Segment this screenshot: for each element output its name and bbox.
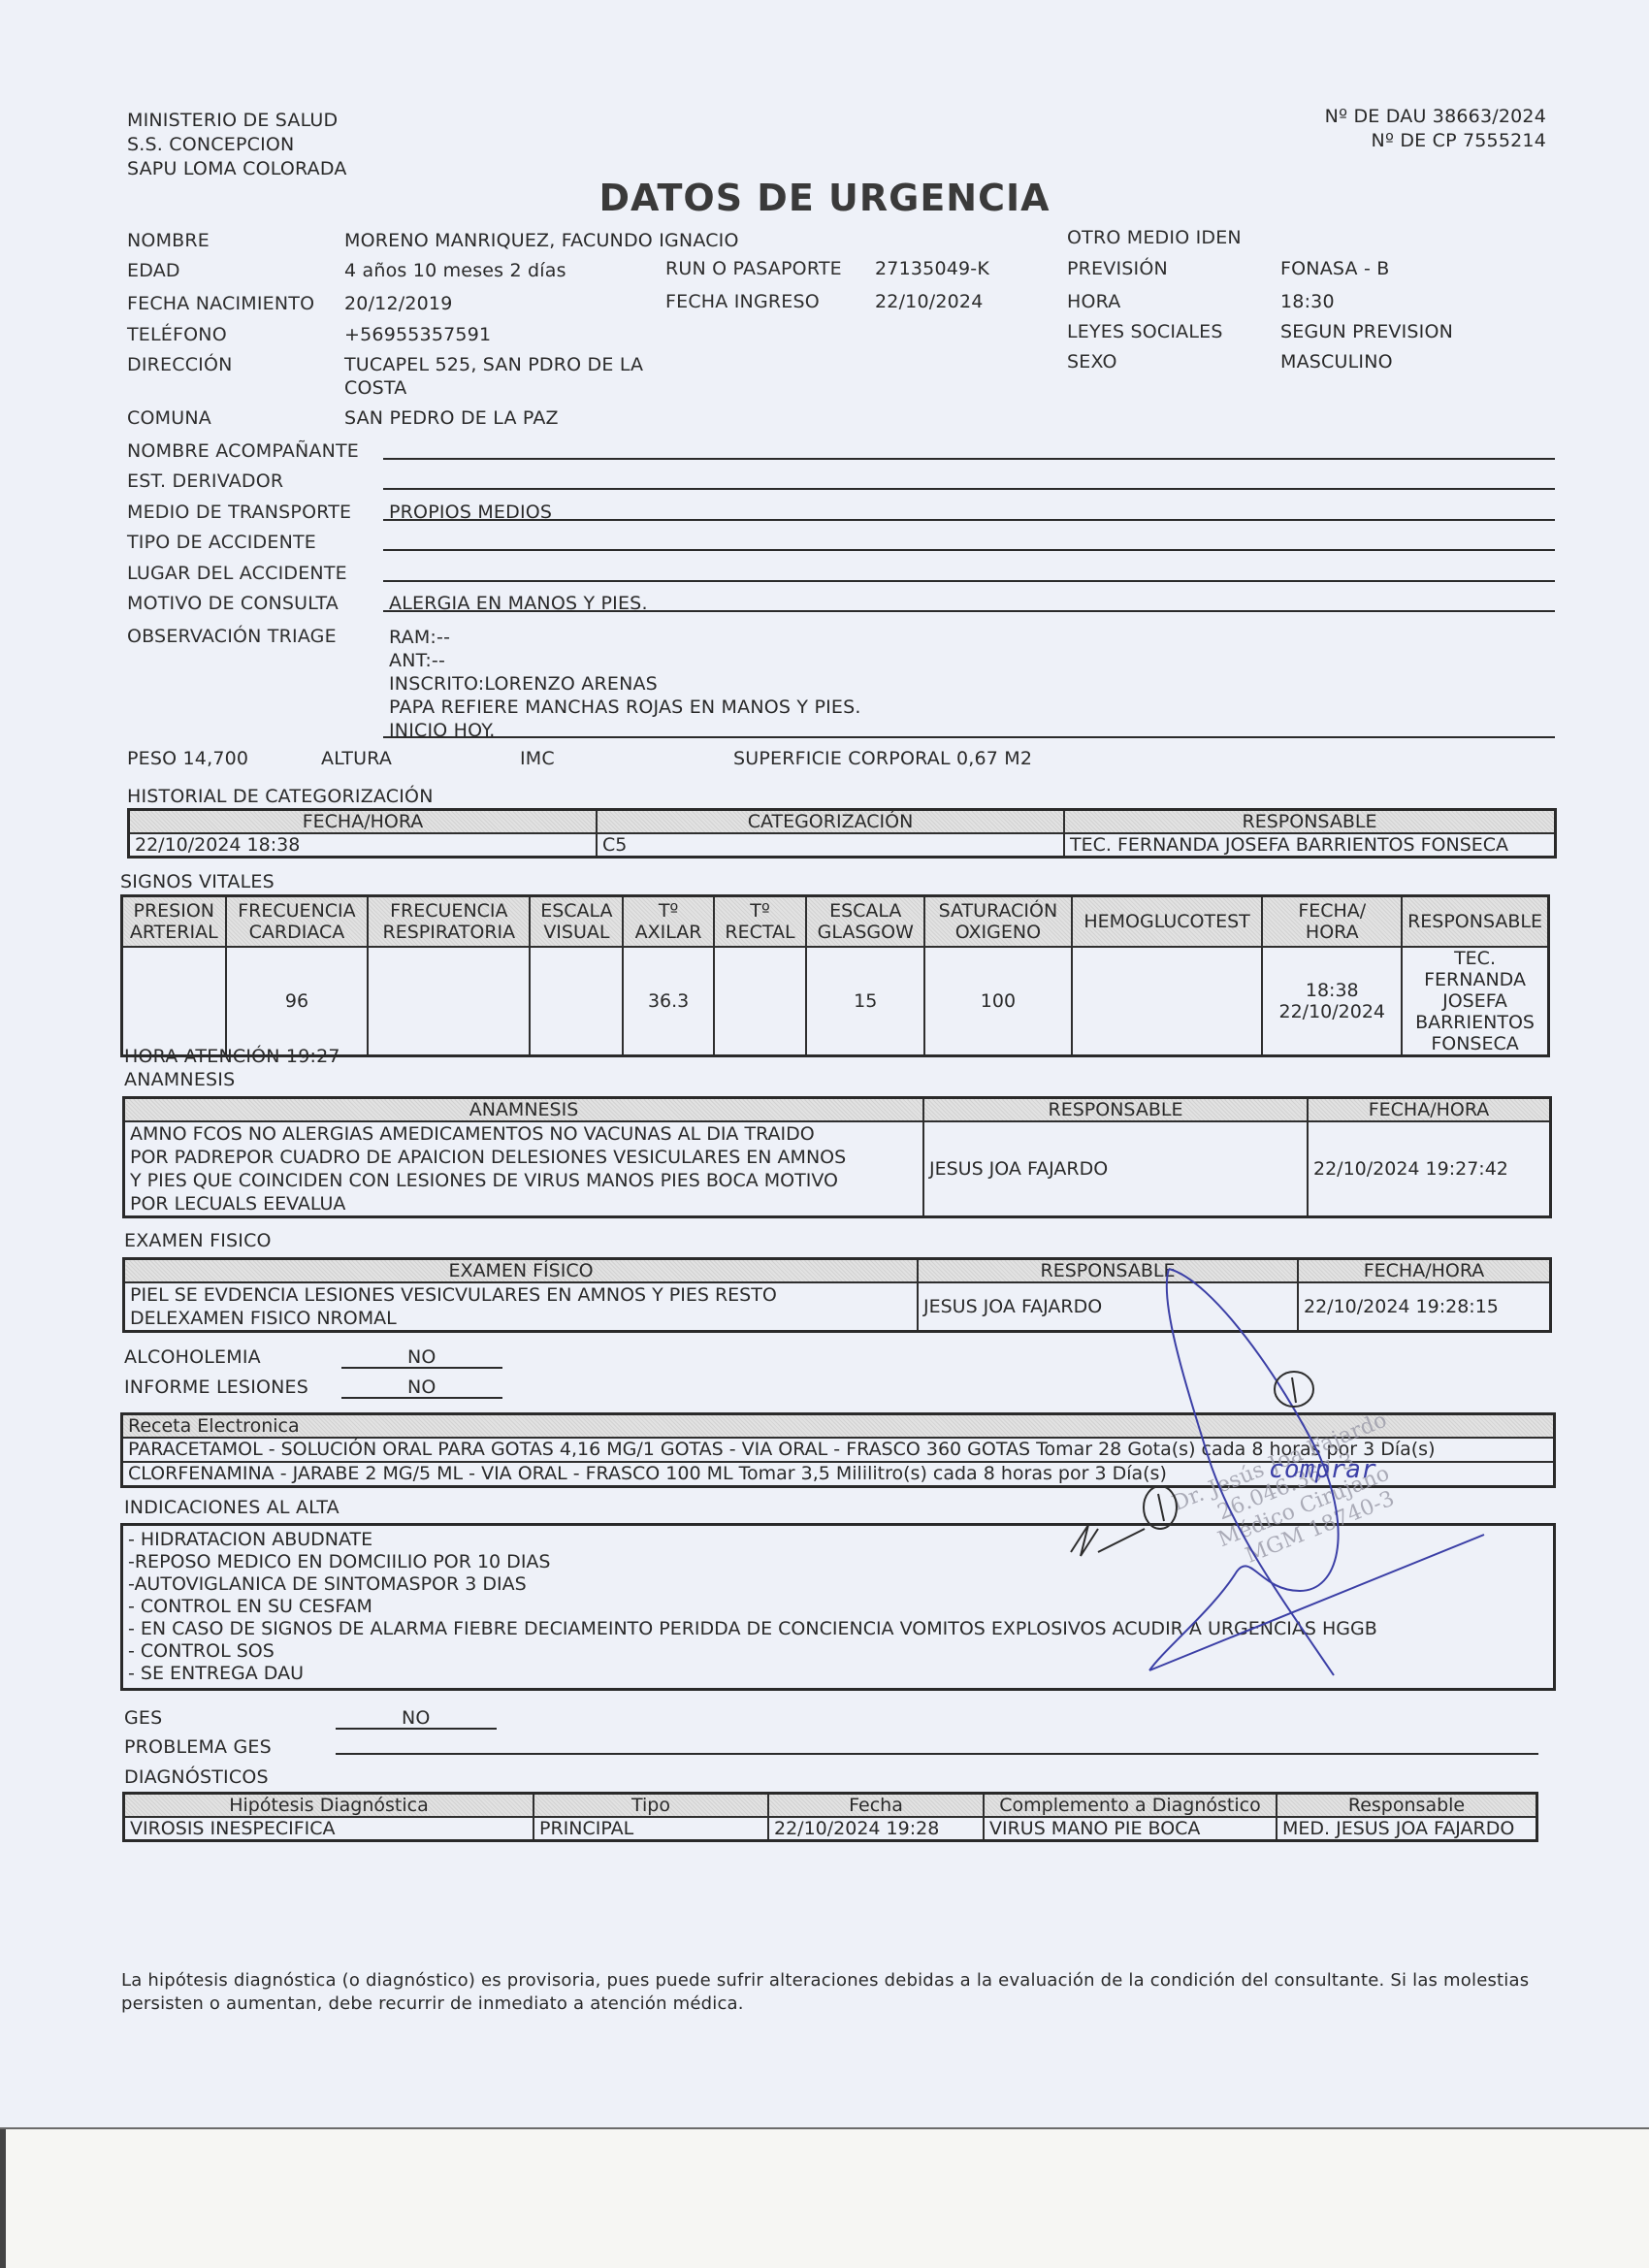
- run-value: 27135049-K: [875, 258, 989, 279]
- table-row: AMNO FCOS NO ALERGIAS AMEDICAMENTOS NO V…: [124, 1121, 1551, 1217]
- col-header: RESPONSABLE: [1064, 810, 1556, 834]
- org-line: MINISTERIO DE SALUD: [127, 109, 347, 133]
- nombre-label: NOMBRE: [127, 230, 210, 251]
- underline: [341, 1367, 502, 1369]
- triage-line: ANT:--: [389, 649, 861, 672]
- col-header: PRESIONARTERIAL: [122, 896, 226, 947]
- table-row: PIEL SE EVDENCIA LESIONES VESICVULARES E…: [124, 1282, 1551, 1332]
- underline: [383, 458, 1555, 460]
- col-header: Hipótesis Diagnóstica: [124, 1794, 534, 1818]
- fecha-ingreso-value: 22/10/2024: [875, 291, 984, 312]
- col-header: FECHA/HORA: [129, 810, 598, 834]
- text-line: AMNO FCOS NO ALERGIAS AMEDICAMENTOS NO V…: [130, 1122, 918, 1146]
- ges-label: GES: [124, 1707, 162, 1729]
- categorizacion-title: HISTORIAL DE CATEGORIZACIÓN: [127, 786, 434, 807]
- col-header: ESCALAGLASGOW: [806, 896, 924, 947]
- informe-lesiones-label: INFORME LESIONES: [124, 1377, 308, 1398]
- indicacion-line: - EN CASO DE SIGNOS DE ALARMA FIEBRE DEC…: [123, 1618, 1553, 1640]
- fecha-nacimiento-label: FECHA NACIMIENTO: [127, 293, 314, 314]
- col-header: Responsable: [1277, 1794, 1537, 1818]
- nombre-value: MORENO MANRIQUEZ, FACUNDO IGNACIO: [344, 230, 739, 251]
- underline: [383, 610, 1555, 612]
- triage-line: PAPA REFIERE MANCHAS ROJAS EN MANOS Y PI…: [389, 696, 861, 719]
- edad-value: 4 años 10 meses 2 días: [344, 260, 566, 281]
- cell: TEC. FERNANDA JOSEFA BARRIENTOS FONSECA: [1064, 833, 1556, 858]
- underline: [383, 549, 1555, 551]
- col-header: FRECUENCIARESPIRATORIA: [368, 896, 530, 947]
- col-header: FECHA/HORA: [1298, 1259, 1551, 1283]
- diagnosticos-table: Hipótesis Diagnóstica Tipo Fecha Complem…: [122, 1792, 1538, 1842]
- table-row: 9636.31510018:3822/10/2024TEC. FERNANDAJ…: [122, 947, 1549, 1056]
- col-header: Tipo: [533, 1794, 768, 1818]
- altura: ALTURA: [321, 748, 392, 769]
- comuna-value: SAN PEDRO DE LA PAZ: [344, 407, 559, 429]
- underline: [383, 580, 1555, 582]
- triage-line: INSCRITO:LORENZO ARENAS: [389, 672, 861, 696]
- underline: [341, 1397, 502, 1399]
- hora-atencion: HORA ATENCIÓN 19:27: [124, 1046, 340, 1067]
- leyes-label: LEYES SOCIALES: [1067, 321, 1223, 342]
- text-line: DELEXAMEN FISICO NROMAL: [130, 1307, 912, 1330]
- triage-line: INICIO HOY.: [389, 719, 861, 742]
- prevision-value: FONASA - B: [1280, 258, 1389, 279]
- motivo-label: MOTIVO DE CONSULTA: [127, 593, 339, 614]
- table-row: 22/10/2024 18:38 C5 TEC. FERNANDA JOSEFA…: [129, 833, 1556, 858]
- comuna-label: COMUNA: [127, 407, 211, 429]
- direccion-value-2: COSTA: [344, 377, 406, 399]
- signos-vitales-title: SIGNOS VITALES: [120, 871, 275, 892]
- text-line: Y PIES QUE COINCIDEN CON LESIONES DE VIR…: [130, 1169, 918, 1192]
- underline: [383, 488, 1555, 490]
- anamnesis-fecha: 22/10/2024 19:27:42: [1308, 1121, 1551, 1217]
- edad-label: EDAD: [127, 260, 180, 281]
- triage-label: OBSERVACIÓN TRIAGE: [127, 626, 337, 647]
- indicacion-line: - CONTROL SOS: [123, 1640, 1553, 1663]
- document-numbers: Nº DE DAU 38663/2024 Nº DE CP 7555214: [1325, 105, 1546, 153]
- cell: [1072, 947, 1263, 1056]
- hora-value: 18:30: [1280, 291, 1335, 312]
- triage-notes: RAM:-- ANT:-- INSCRITO:LORENZO ARENAS PA…: [389, 626, 861, 742]
- tipo-accidente-label: TIPO DE ACCIDENTE: [127, 532, 316, 553]
- otro-medio-label: OTRO MEDIO IDEN: [1067, 227, 1242, 248]
- cell: PRINCIPAL: [533, 1817, 768, 1841]
- telefono-value: +56955357591: [344, 324, 491, 345]
- col-header: EXAMEN FÍSICO: [124, 1259, 919, 1283]
- cell: 22/10/2024 18:38: [129, 833, 598, 858]
- lugar-accidente-label: LUGAR DEL ACCIDENTE: [127, 563, 347, 584]
- col-header: ANAMNESIS: [124, 1098, 924, 1122]
- transporte-label: MEDIO DE TRANSPORTE: [127, 502, 351, 523]
- anamnesis-title: ANAMNESIS: [124, 1069, 235, 1090]
- examen-fecha: 22/10/2024 19:28:15: [1298, 1282, 1551, 1332]
- col-header: Fecha: [768, 1794, 984, 1818]
- hora-label: HORA: [1067, 291, 1120, 312]
- categorizacion-table: FECHA/HORA CATEGORIZACIÓN RESPONSABLE 22…: [127, 808, 1557, 859]
- triage-line: RAM:--: [389, 626, 861, 649]
- prevision-label: PREVISIÓN: [1067, 258, 1168, 279]
- cell: VIROSIS INESPECIFICA: [124, 1817, 534, 1841]
- indicacion-line: - SE ENTREGA DAU: [123, 1663, 1553, 1685]
- cell: 22/10/2024 19:28: [768, 1817, 984, 1841]
- derivador-label: EST. DERIVADOR: [127, 470, 283, 492]
- fecha-ingreso-label: FECHA INGRESO: [665, 291, 820, 312]
- sexo-label: SEXO: [1067, 351, 1117, 373]
- indicaciones-box: - HIDRATACION ABUDNATE -REPOSO MEDICO EN…: [120, 1523, 1556, 1691]
- cell: 96: [226, 947, 369, 1056]
- cell: [714, 947, 807, 1056]
- col-header: FECHA/HORA: [1262, 896, 1402, 947]
- anamnesis-table: ANAMNESIS RESPONSABLE FECHA/HORA AMNO FC…: [122, 1096, 1552, 1218]
- text-line: PIEL SE EVDENCIA LESIONES VESICVULARES E…: [130, 1283, 912, 1307]
- cell: VIRUS MANO PIE BOCA: [984, 1817, 1277, 1841]
- col-header: RESPONSABLE: [918, 1259, 1298, 1283]
- cell: TEC. FERNANDAJOSEFABARRIENTOSFONSECA: [1402, 947, 1548, 1056]
- cell: [122, 947, 226, 1056]
- alcoholemia-value: NO: [407, 1346, 436, 1368]
- underline: [336, 1753, 1538, 1755]
- disclaimer: La hipótesis diagnóstica (o diagnóstico)…: [121, 1969, 1547, 2016]
- organization-block: MINISTERIO DE SALUD S.S. CONCEPCION SAPU…: [127, 109, 347, 181]
- col-header: HEMOGLUCOTEST: [1072, 896, 1263, 947]
- col-header: TºAXILAR: [623, 896, 713, 947]
- underline: [383, 736, 1555, 738]
- anamnesis-text: AMNO FCOS NO ALERGIAS AMEDICAMENTOS NO V…: [124, 1121, 924, 1217]
- examen-responsable: JESUS JOA FAJARDO: [918, 1282, 1298, 1332]
- leyes-value: SEGUN PREVISION: [1280, 321, 1453, 342]
- handwritten-note: comprar: [1269, 1455, 1376, 1484]
- cell: [368, 947, 530, 1056]
- examen-table: EXAMEN FÍSICO RESPONSABLE FECHA/HORA PIE…: [122, 1257, 1552, 1333]
- indicacion-line: - CONTROL EN SU CESFAM: [123, 1596, 1553, 1618]
- informe-lesiones-value: NO: [407, 1377, 436, 1398]
- col-header: TºRECTAL: [714, 896, 807, 947]
- signos-vitales-table: PRESIONARTERIALFRECUENCIACARDIACAFRECUEN…: [120, 894, 1550, 1057]
- direccion-label: DIRECCIÓN: [127, 354, 233, 375]
- org-line: S.S. CONCEPCION: [127, 133, 347, 157]
- col-header: SATURACIÓNOXIGENO: [924, 896, 1071, 947]
- col-header: FRECUENCIACARDIACA: [226, 896, 369, 947]
- examen-text: PIEL SE EVDENCIA LESIONES VESICVULARES E…: [124, 1282, 919, 1332]
- peso: PESO 14,700: [127, 748, 248, 769]
- direccion-value-1: TUCAPEL 525, SAN PDRO DE LA: [344, 354, 643, 375]
- examen-title: EXAMEN FISICO: [124, 1230, 272, 1251]
- text-line: POR PADREPOR CUADRO DE APAICION DELESION…: [130, 1146, 918, 1169]
- anamnesis-responsable: JESUS JOA FAJARDO: [923, 1121, 1308, 1217]
- col-header: ESCALAVISUAL: [530, 896, 623, 947]
- cell: 100: [924, 947, 1071, 1056]
- ges-value: NO: [402, 1707, 431, 1729]
- scan-edge: [0, 2129, 6, 2268]
- col-header: CATEGORIZACIÓN: [597, 810, 1064, 834]
- cell: [530, 947, 623, 1056]
- underline: [383, 519, 1555, 521]
- page-title: DATOS DE URGENCIA: [0, 177, 1649, 219]
- cell: C5: [597, 833, 1064, 858]
- col-header: Complemento a Diagnóstico: [984, 1794, 1277, 1818]
- superficie-corporal: SUPERFICIE CORPORAL 0,67 M2: [733, 748, 1032, 769]
- col-header: RESPONSABLE: [1402, 896, 1548, 947]
- cell: MED. JESUS JOA FAJARDO: [1277, 1817, 1537, 1841]
- imc: IMC: [520, 748, 555, 769]
- acompanante-label: NOMBRE ACOMPAÑANTE: [127, 440, 359, 462]
- fecha-nacimiento-value: 20/12/2019: [344, 293, 453, 314]
- diagnosticos-title: DIAGNÓSTICOS: [124, 1766, 269, 1788]
- table-row: VIROSIS INESPECIFICA PRINCIPAL 22/10/202…: [124, 1817, 1537, 1841]
- alcoholemia-label: ALCOHOLEMIA: [124, 1346, 261, 1368]
- indicacion-line: -AUTOVIGLANICA DE SINTOMASPOR 3 DIAS: [123, 1573, 1553, 1596]
- indicaciones-title: INDICACIONES AL ALTA: [124, 1497, 339, 1518]
- cell: 36.3: [623, 947, 713, 1056]
- col-header: FECHA/HORA: [1308, 1098, 1551, 1122]
- col-header: RESPONSABLE: [923, 1098, 1308, 1122]
- telefono-label: TELÉFONO: [127, 324, 227, 345]
- problema-ges-label: PROBLEMA GES: [124, 1736, 272, 1758]
- underline: [336, 1728, 497, 1730]
- sexo-value: MASCULINO: [1280, 351, 1393, 373]
- run-label: RUN O PASAPORTE: [665, 258, 842, 279]
- cell: 18:3822/10/2024: [1262, 947, 1402, 1056]
- indicacion-line: -REPOSO MEDICO EN DOMCIILIO POR 10 DIAS: [123, 1551, 1553, 1573]
- dau-number: Nº DE DAU 38663/2024: [1325, 105, 1546, 129]
- cp-number: Nº DE CP 7555214: [1325, 129, 1546, 153]
- text-line: POR LECUALS EEVALUA: [130, 1192, 918, 1215]
- cell: 15: [806, 947, 924, 1056]
